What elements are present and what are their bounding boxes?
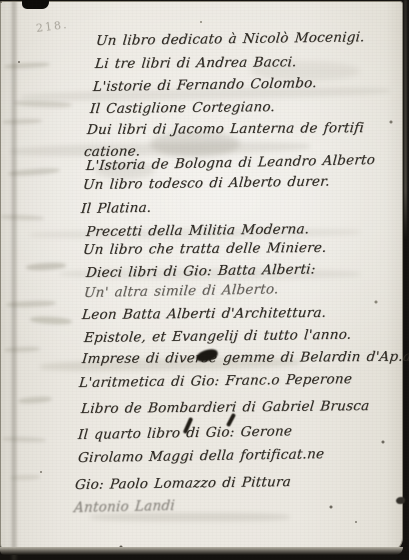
page-number-stamp: 218. bbox=[35, 18, 69, 35]
manuscript-line: Libro de Bombardieri di Gabriel Brusca bbox=[80, 398, 370, 417]
manuscript-line: Leon Batta Alberti d'Architettura. bbox=[81, 305, 327, 323]
manuscript-line: L'istorie di Fernando Colombo. bbox=[92, 75, 317, 95]
manuscript-line: Un' altra simile di Alberto. bbox=[83, 281, 279, 301]
manuscript-line: Un libro che tratta delle Miniere. bbox=[82, 240, 327, 258]
manuscript-photo: 218. Un libro dedicato à Nicolò Mocenigi… bbox=[0, 0, 409, 560]
binding-tape-mark bbox=[22, 0, 49, 9]
manuscript-line: Precetti della Militia Moderna. bbox=[85, 221, 310, 240]
manuscript-line: Dui libri di Jacomo Lanterna de fortifi bbox=[86, 120, 365, 138]
manuscript-page: 218. Un libro dedicato à Nicolò Mocenigi… bbox=[0, 1, 403, 552]
manuscript-line: Un libro todesco di Alberto durer. bbox=[82, 174, 330, 193]
manuscript-line: Il Castiglione Cortegiano. bbox=[89, 99, 276, 117]
page-edge-mark bbox=[396, 497, 405, 504]
manuscript-line: Imprese di diverse gemme di Belardin d'A… bbox=[81, 349, 409, 367]
manuscript-line: Gio: Paolo Lomazzo di Pittura bbox=[74, 474, 291, 493]
page-bottom-edge bbox=[0, 547, 403, 555]
manuscript-line: Girolamo Maggi della fortificat.ne bbox=[77, 446, 325, 466]
handwriting-layer: 218. Un libro dedicato à Nicolò Mocenigi… bbox=[0, 1, 403, 552]
manuscript-line: Dieci libri di Gio: Batta Alberti: bbox=[85, 261, 316, 281]
manuscript-line: Epistole, et Evangelij di tutto l'anno. bbox=[83, 327, 352, 346]
manuscript-line: Antonio Landi bbox=[73, 498, 175, 516]
page-right-edge-shadow bbox=[404, 0, 407, 240]
manuscript-line: Un libro dedicato à Nicolò Mocenigi. bbox=[95, 29, 365, 49]
manuscript-line: L'aritmetica di Gio: Franc.o Peperone bbox=[78, 371, 353, 391]
manuscript-line: Il Platina. bbox=[80, 200, 152, 217]
manuscript-line: Li tre libri di Andrea Bacci. bbox=[94, 54, 297, 72]
